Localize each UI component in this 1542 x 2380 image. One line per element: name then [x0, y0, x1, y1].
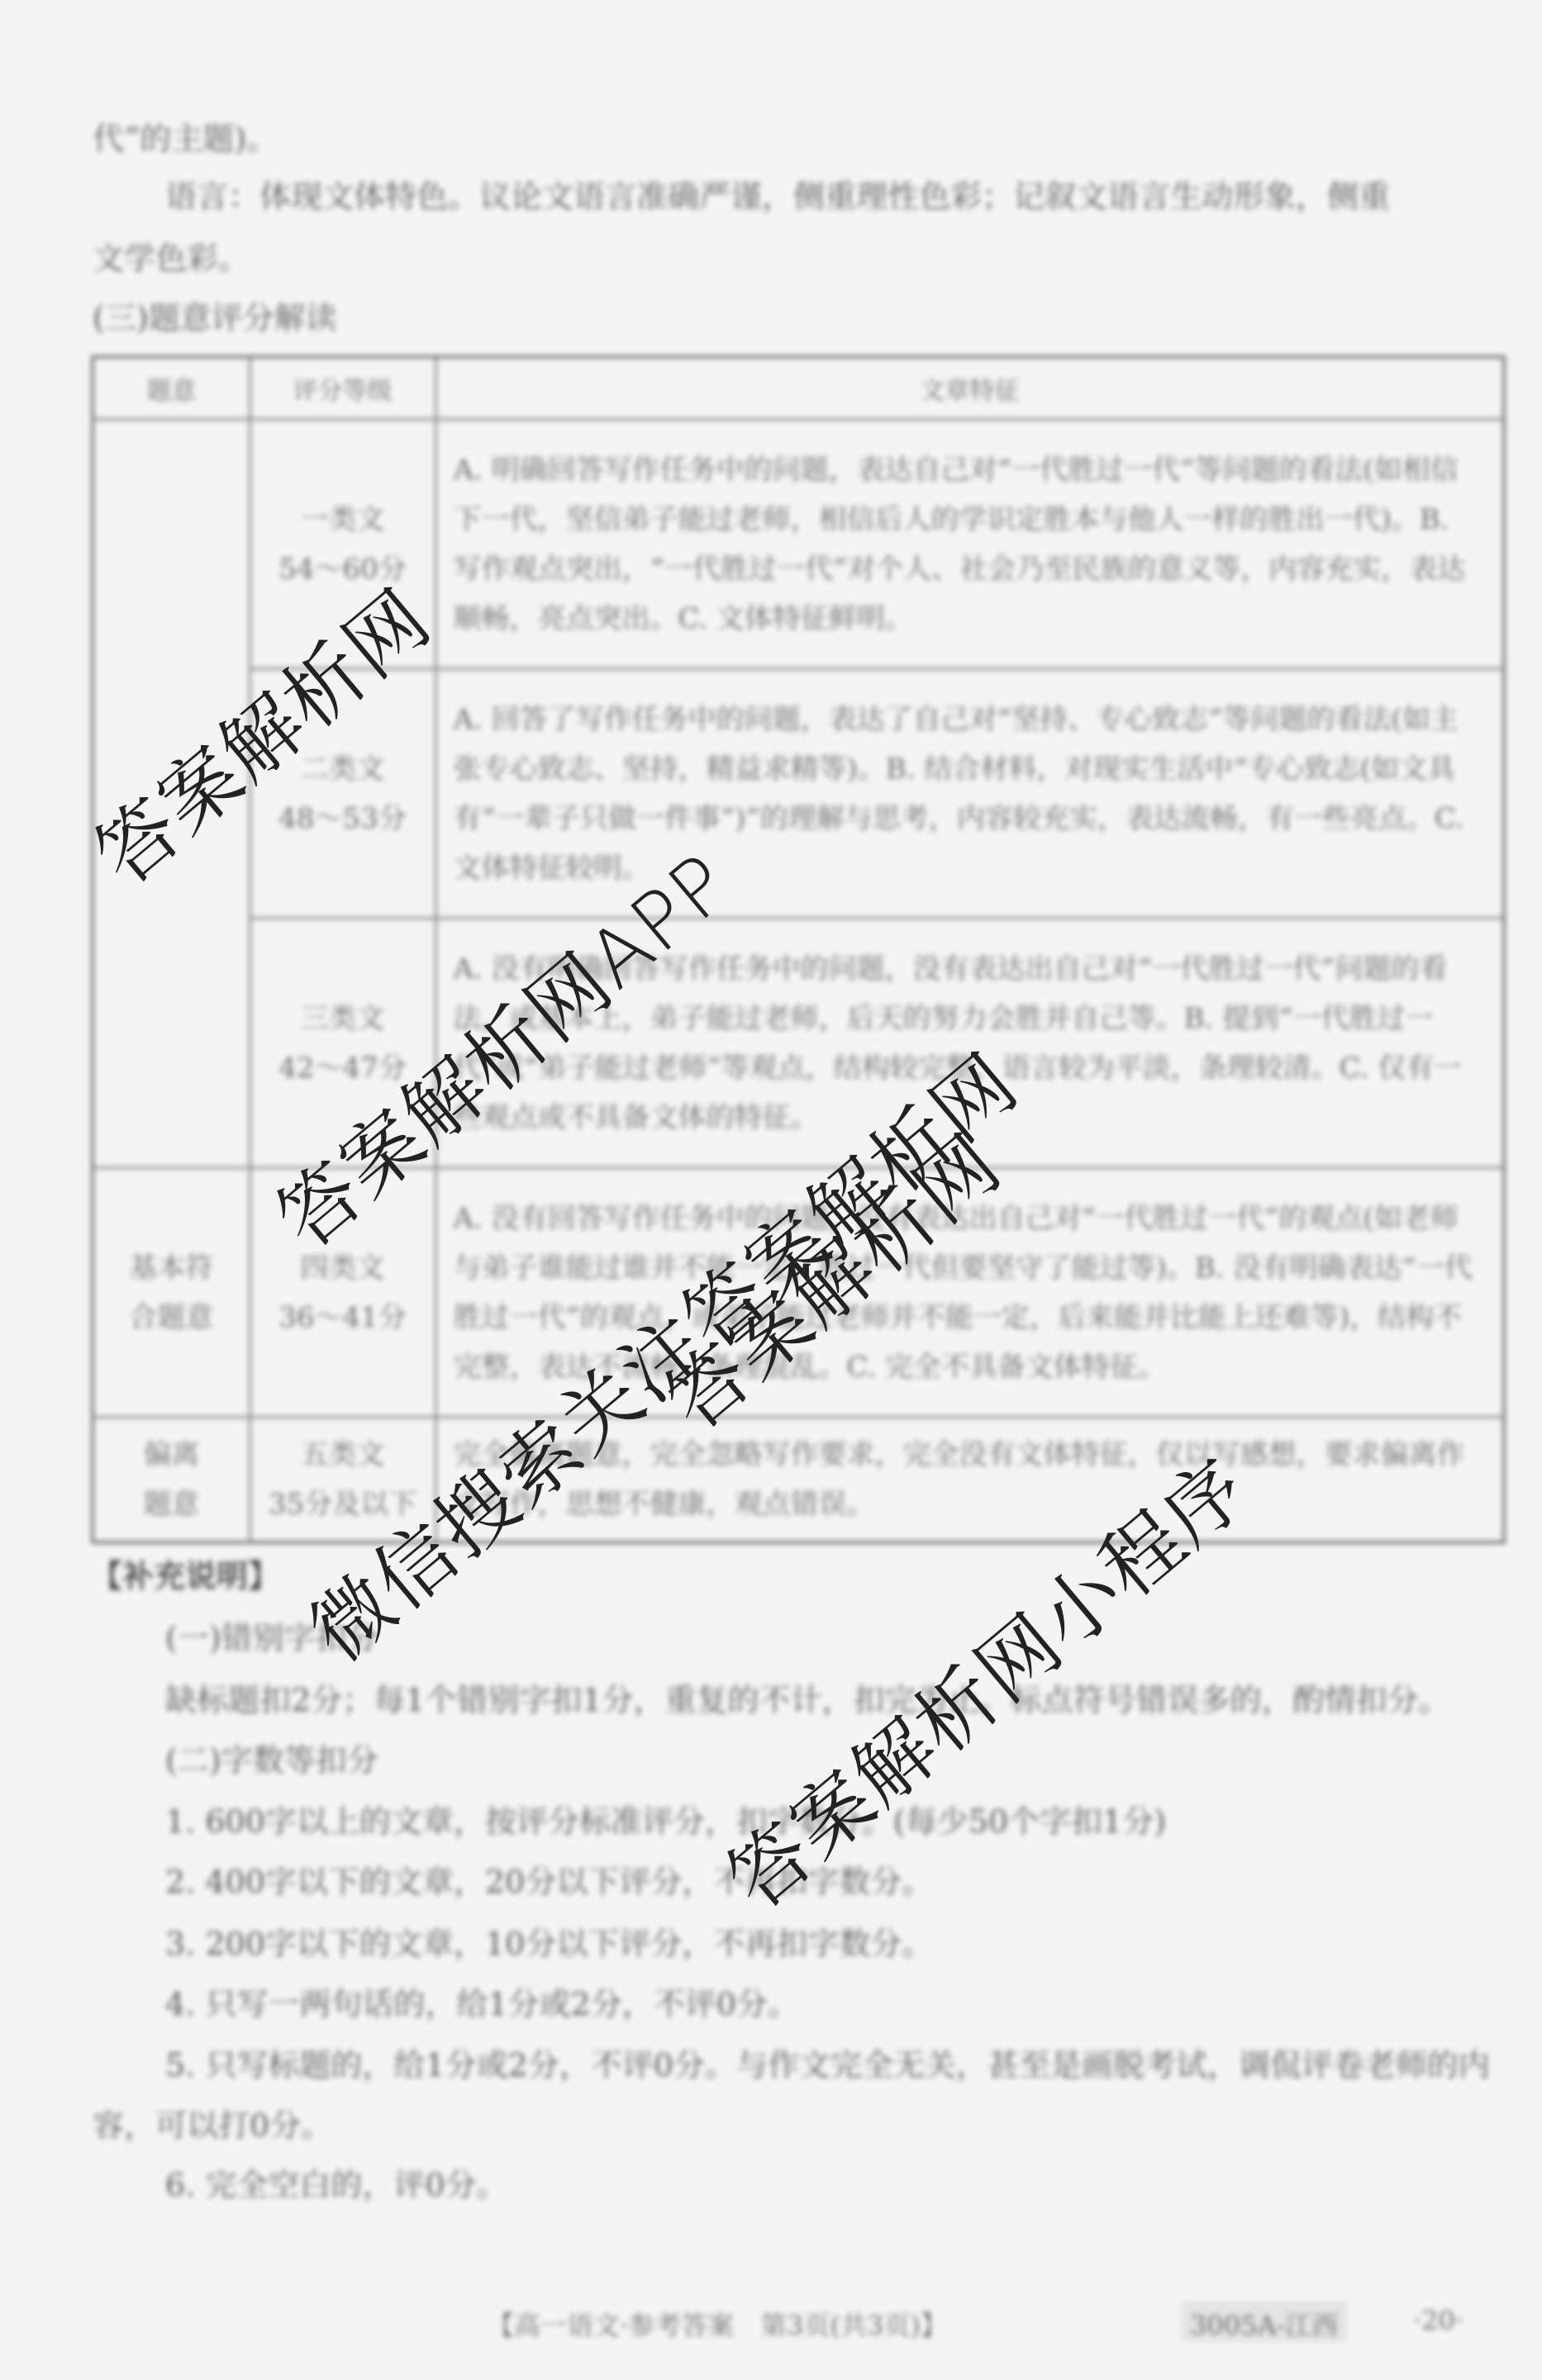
- table-row: 偏离题意 五类文 35分及以下 完全偏离题意，完全忽略写作要求，完全没有文体特征…: [93, 1418, 1504, 1543]
- text-line: 6. 完全空白的，评0分。: [165, 2166, 508, 2204]
- text-line: 缺标题扣2分；每1个错别字扣1分，重复的不计，扣完为止。标点符号错误多的，酌情扣…: [165, 1681, 1450, 1719]
- topic-cell: 偏离题意: [93, 1418, 250, 1543]
- footer-label: 【高一语文·参考答案 第3页(共3页)】: [488, 2305, 947, 2343]
- text-line: 3. 200字以下的文章，10分以下评分，不再扣字数分。: [165, 1925, 933, 1963]
- table-row: 三类文 42～47分 A. 没有明确回答写作任务中的问题，没有表达出自己对“一代…: [93, 919, 1504, 1168]
- section-heading: (三)题意评分解读: [93, 299, 337, 337]
- text-line: 1. 600字以上的文章，按评分标准评分，扣字数分。(每少50个字扣1分): [165, 1803, 1166, 1841]
- text-line: 4. 只写一两句话的，给1分或2分，不评0分。: [165, 1985, 799, 2023]
- text-line: 容，可以打0分。: [93, 2107, 332, 2145]
- text-line: 代”的主题)。: [93, 120, 278, 158]
- text-line: (二)字数等扣分: [165, 1741, 378, 1779]
- supplement-title: 【补充说明】: [91, 1557, 279, 1595]
- text-line: 5. 只写标题的，给1分或2分，不评0分。与作文完全无关，甚至是画脱考试，调侃评…: [165, 2046, 1490, 2084]
- topic-cell: 基本符合题意: [93, 1168, 250, 1418]
- text-line: 文学色彩。: [93, 240, 250, 278]
- page-number: ·20·: [1413, 2305, 1463, 2336]
- feature-cell: A. 明确回答写作任务中的问题，表达自己对“一代胜过一代”等问题的看法(如相信下…: [435, 420, 1504, 669]
- header-feature: 文章特征: [435, 357, 1504, 420]
- table-header-row: 题意 评分等级 文章特征: [93, 357, 1504, 420]
- text-line: 语言：体现文体特色。议论文语言准确严谨，侧重理性色彩；记叙文语言生动形象，侧重: [165, 178, 1390, 216]
- footer-code: 3005A-江西: [1190, 2305, 1338, 2343]
- header-topic: 题意: [93, 357, 250, 420]
- header-grade: 评分等级: [250, 357, 435, 420]
- feature-cell: A. 回答了写作任务中的问题，表达了自己对“坚持、专心致志”等问题的看法(如主张…: [435, 669, 1504, 919]
